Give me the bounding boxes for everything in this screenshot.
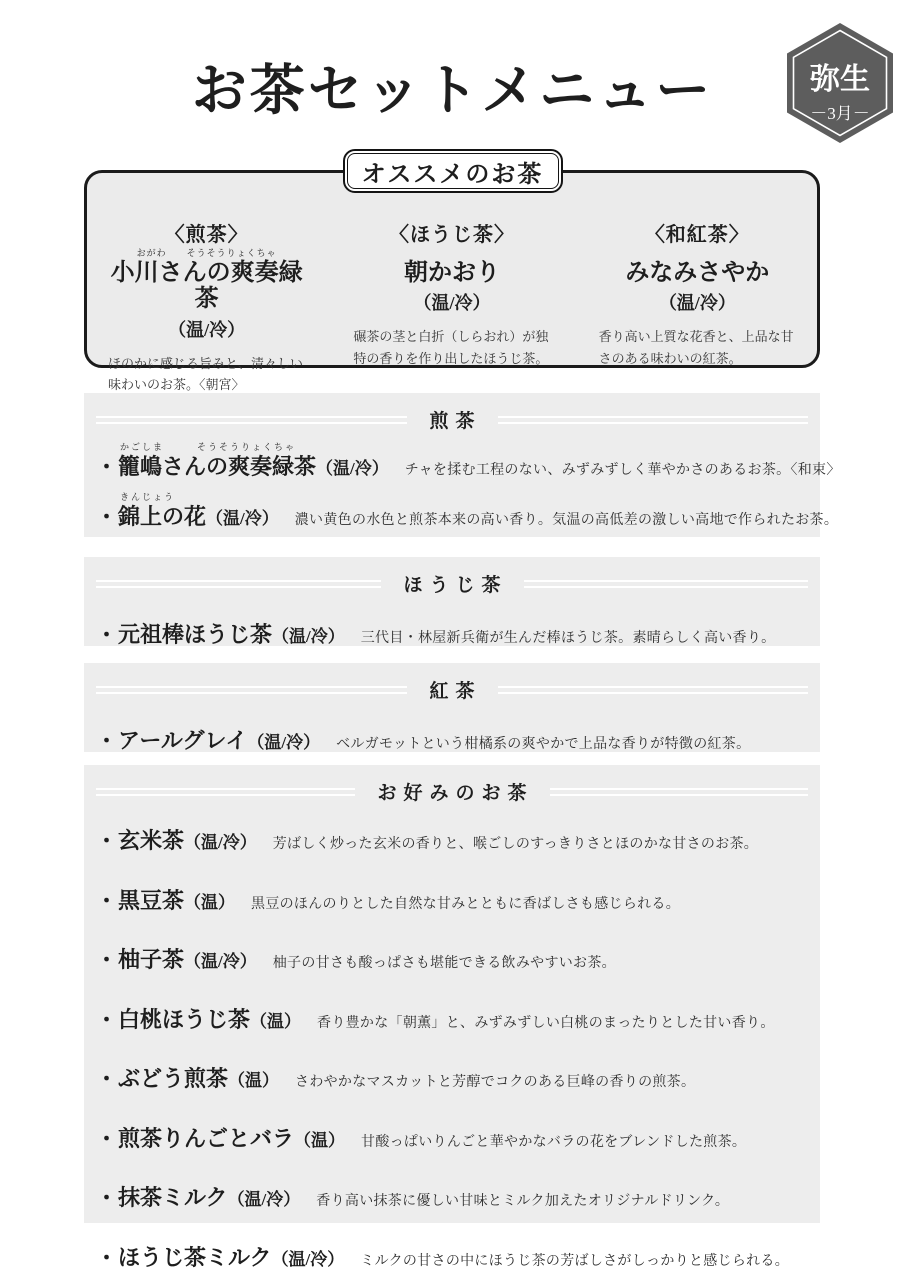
tea-temp-options: （温/冷） bbox=[100, 316, 313, 342]
tea-list-item: ・ かごしま そうそうりょくちゃ 籠嶋さんの爽奏緑茶 （温/冷） チャを揉む工程… bbox=[96, 450, 808, 481]
tea-menu-page: お茶セットメニュー 弥生 －3月－ オススメのお茶 〈煎茶〉 おがわ そうそうり… bbox=[0, 0, 905, 1280]
tea-description: ミルクの甘さの中にほうじ茶の芳ばしさがしっかりと感じられる。 bbox=[360, 1250, 789, 1270]
tea-description: 濃い黄色の水色と煎茶本来の高い香り。気温の高低差の激しい高地で作られたお茶。 bbox=[295, 509, 838, 529]
tea-temp-options: （温/冷） bbox=[247, 728, 320, 753]
divider-line bbox=[96, 686, 407, 694]
recommended-label: オススメのお茶 bbox=[343, 149, 563, 193]
divider-line bbox=[96, 416, 407, 424]
tea-description: 黒豆のほんのりとした自然な甘みとともに香ばしさも感じられる。 bbox=[251, 893, 680, 913]
tea-name: アールグレイ bbox=[118, 724, 247, 755]
bullet-icon: ・ bbox=[96, 619, 117, 649]
bullet-icon: ・ bbox=[96, 944, 117, 974]
tea-temp-options: （温/冷） bbox=[184, 828, 257, 853]
tea-name: 黒豆茶 bbox=[118, 884, 184, 915]
tea-list-item: ・ 黒豆茶 （温） 黒豆のほんのりとした自然な甘みとともに香ばしさも感じられる。 bbox=[96, 884, 808, 915]
tea-name: きんじょう 錦上の花 bbox=[118, 500, 206, 531]
section-header: 紅茶 bbox=[96, 676, 808, 703]
section-header: 煎茶 bbox=[96, 406, 808, 433]
tea-furigana: かごしま そうそうりょくちゃ bbox=[120, 440, 296, 453]
tea-list-item: ・ きんじょう 錦上の花 （温/冷） 濃い黄色の水色と煎茶本来の高い香り。気温の… bbox=[96, 500, 808, 531]
tea-list-item: ・ 抹茶ミルク （温/冷） 香り高い抹茶に優しい甘味とミルク加えたオリジナルドリ… bbox=[96, 1181, 808, 1212]
tea-description: 香り高い抹茶に優しい甘味とミルク加えたオリジナルドリンク。 bbox=[316, 1190, 729, 1210]
bullet-icon: ・ bbox=[96, 825, 117, 855]
tea-category: 〈煎茶〉 bbox=[100, 218, 313, 247]
month-badge: 弥生 －3月－ bbox=[784, 22, 896, 144]
tea-category: 〈ほうじ茶〉 bbox=[345, 218, 558, 247]
divider-line bbox=[550, 788, 809, 796]
tea-category: 〈和紅茶〉 bbox=[591, 218, 804, 247]
tea-description: 香り高い上質な花香と、上品な甘さのある味わいの紅茶。 bbox=[591, 326, 804, 369]
tea-name: 煎茶りんごとバラ bbox=[118, 1122, 294, 1153]
tea-description: ほのかに感じる旨みと、清々しい味わいのお茶。〈朝宮〉 bbox=[100, 353, 313, 396]
tea-name: 朝かおり bbox=[345, 260, 558, 286]
hexagon-badge-icon: 弥生 －3月－ bbox=[784, 22, 896, 144]
section-header: ほうじ茶 bbox=[96, 570, 808, 597]
recommended-item: 〈煎茶〉 おがわ そうそうりょくちゃ 小川さんの爽奏緑茶 （温/冷） ほのかに感… bbox=[84, 218, 329, 396]
badge-month-label: －3月－ bbox=[810, 104, 870, 123]
tea-list-item: ・ 柚子茶 （温/冷） 柚子の甘さも酸っぱさも堪能できる飲みやすいお茶。 bbox=[96, 943, 808, 974]
tea-temp-options: （温/冷） bbox=[272, 622, 345, 647]
section-sencha: 煎茶 ・ かごしま そうそうりょくちゃ 籠嶋さんの爽奏緑茶 （温/冷） チャを揉… bbox=[84, 393, 820, 537]
tea-name: 元祖棒ほうじ茶 bbox=[118, 618, 272, 649]
tea-list-item: ・ 玄米茶 （温/冷） 芳ばしく炒った玄米の香りと、喉ごしのすっきりさとほのかな… bbox=[96, 824, 808, 855]
section-kocha: 紅茶 ・ アールグレイ （温/冷） ベルガモットという柑橘系の爽やかで上品な香り… bbox=[84, 663, 820, 752]
tea-list-item: ・ ぶどう煎茶 （温） さわやかなマスカットと芳醇でコクのある巨峰の香りの煎茶。 bbox=[96, 1062, 808, 1093]
section-title: お好みのお茶 bbox=[371, 778, 534, 805]
tea-description: 芳ばしく炒った玄米の香りと、喉ごしのすっきりさとほのかな甘さのお茶。 bbox=[273, 833, 758, 853]
tea-description: 甘酸っぱいりんごと華やかなバラの花をブレンドした煎茶。 bbox=[361, 1131, 746, 1151]
tea-furigana bbox=[345, 247, 558, 260]
bullet-icon: ・ bbox=[96, 1063, 117, 1093]
tea-name: ほうじ茶ミルク bbox=[118, 1241, 272, 1272]
divider-line bbox=[96, 580, 381, 588]
tea-name: 白桃ほうじ茶 bbox=[118, 1003, 250, 1034]
tea-temp-options: （温/冷） bbox=[272, 1245, 345, 1270]
tea-name: 玄米茶 bbox=[118, 824, 184, 855]
recommended-item: 〈和紅茶〉 みなみさやか （温/冷） 香り高い上質な花香と、上品な甘さのある味わ… bbox=[575, 218, 820, 396]
tea-temp-options: （温/冷） bbox=[228, 1185, 301, 1210]
tea-temp-options: （温/冷） bbox=[316, 454, 389, 479]
tea-temp-options: （温/冷） bbox=[591, 289, 804, 315]
tea-description: さわやかなマスカットと芳醇でコクのある巨峰の香りの煎茶。 bbox=[295, 1071, 695, 1091]
bullet-icon: ・ bbox=[96, 1123, 117, 1153]
bullet-icon: ・ bbox=[96, 1182, 117, 1212]
bullet-icon: ・ bbox=[96, 725, 117, 755]
divider-line bbox=[498, 416, 809, 424]
tea-temp-options: （温） bbox=[228, 1066, 279, 1091]
bullet-icon: ・ bbox=[96, 451, 117, 481]
tea-furigana: おがわ そうそうりょくちゃ bbox=[100, 247, 313, 260]
section-title: ほうじ茶 bbox=[397, 570, 508, 597]
recommended-item: 〈ほうじ茶〉 朝かおり （温/冷） 碾茶の茎と白折（しらおれ）が独特の香りを作り… bbox=[329, 218, 574, 396]
section-hojicha: ほうじ茶 ・ 元祖棒ほうじ茶 （温/冷） 三代目・林屋新兵衛が生んだ棒ほうじ茶。… bbox=[84, 557, 820, 646]
tea-description: 三代目・林屋新兵衛が生んだ棒ほうじ茶。素晴らしく高い香り。 bbox=[361, 627, 776, 647]
tea-description: ベルガモットという柑橘系の爽やかで上品な香りが特徴の紅茶。 bbox=[336, 733, 750, 753]
bullet-icon: ・ bbox=[96, 501, 117, 531]
section-title: 紅茶 bbox=[423, 676, 482, 703]
bullet-icon: ・ bbox=[96, 1242, 117, 1272]
tea-description: チャを揉む工程のない、みずみずしく華やかさのあるお茶。〈和束〉 bbox=[405, 459, 841, 479]
tea-name: 抹茶ミルク bbox=[118, 1181, 228, 1212]
page-title: お茶セットメニュー bbox=[0, 46, 905, 125]
divider-line bbox=[96, 788, 355, 796]
tea-description: 香り豊かな「朝薫」と、みずみずしい白桃のまったりとした甘い香り。 bbox=[317, 1012, 775, 1032]
tea-list-item: ・ 元祖棒ほうじ茶 （温/冷） 三代目・林屋新兵衛が生んだ棒ほうじ茶。素晴らしく… bbox=[96, 618, 808, 649]
tea-name: ぶどう煎茶 bbox=[118, 1062, 228, 1093]
tea-name: 柚子茶 bbox=[118, 943, 184, 974]
tea-name: かごしま そうそうりょくちゃ 籠嶋さんの爽奏緑茶 bbox=[118, 450, 316, 481]
tea-temp-options: （温/冷） bbox=[345, 289, 558, 315]
tea-list-item: ・ ほうじ茶ミルク （温/冷） ミルクの甘さの中にほうじ茶の芳ばしさがしっかりと… bbox=[96, 1241, 808, 1272]
divider-line bbox=[524, 580, 809, 588]
tea-temp-options: （温） bbox=[250, 1007, 301, 1032]
bullet-icon: ・ bbox=[96, 885, 117, 915]
tea-list-item: ・ アールグレイ （温/冷） ベルガモットという柑橘系の爽やかで上品な香りが特徴… bbox=[96, 724, 808, 755]
tea-temp-options: （温） bbox=[294, 1126, 345, 1151]
tea-temp-options: （温） bbox=[184, 888, 235, 913]
tea-list-item: ・ 白桃ほうじ茶 （温） 香り豊かな「朝薫」と、みずみずしい白桃のまったりとした… bbox=[96, 1003, 808, 1034]
tea-list-item: ・ 煎茶りんごとバラ （温） 甘酸っぱいりんごと華やかなバラの花をブレンドした煎… bbox=[96, 1122, 808, 1153]
tea-name: 小川さんの爽奏緑茶 bbox=[100, 260, 313, 313]
section-title: 煎茶 bbox=[423, 406, 482, 433]
tea-name: みなみさやか bbox=[591, 260, 804, 286]
tea-temp-options: （温/冷） bbox=[184, 947, 257, 972]
tea-furigana: きんじょう bbox=[120, 490, 175, 503]
section-favorites: お好みのお茶 ・ 玄米茶 （温/冷） 芳ばしく炒った玄米の香りと、喉ごしのすっき… bbox=[84, 765, 820, 1223]
recommended-columns: 〈煎茶〉 おがわ そうそうりょくちゃ 小川さんの爽奏緑茶 （温/冷） ほのかに感… bbox=[84, 218, 820, 396]
tea-furigana bbox=[591, 247, 804, 260]
tea-temp-options: （温/冷） bbox=[206, 504, 279, 529]
bullet-icon: ・ bbox=[96, 1004, 117, 1034]
tea-description: 碾茶の茎と白折（しらおれ）が独特の香りを作り出したほうじ茶。 bbox=[345, 326, 558, 369]
badge-season-name: 弥生 bbox=[809, 63, 870, 96]
tea-description: 柚子の甘さも酸っぱさも堪能できる飲みやすいお茶。 bbox=[273, 952, 616, 972]
divider-line bbox=[498, 686, 809, 694]
section-header: お好みのお茶 bbox=[96, 778, 808, 805]
